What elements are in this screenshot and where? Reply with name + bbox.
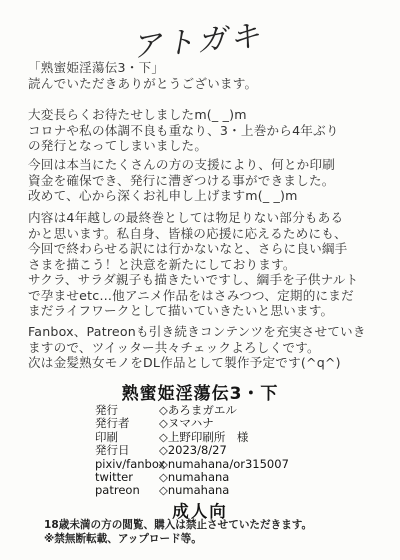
text-line: Fanbox、Patreonも引き続きコンテンツを充実させていき [28,324,396,340]
notice-line-no-repost: ※禁無断転載、アップロード等。 [44,533,396,547]
credit-label: 印刷 [95,431,159,444]
credit-label: patreon [95,484,159,497]
text-line: ますので、ツイッター共々チェックよろしくです。 [28,340,396,356]
credit-row-pixiv-fanbox: pixiv/fanbox ◇numahana/or315007 [95,458,289,471]
credit-row-printer: 印刷 ◇上野印刷所 様 [95,431,289,444]
text-line: 「熟蜜姫淫蕩伝3・下」 [28,60,396,76]
credit-label: 発行日 [95,444,159,457]
notice-line-age: 18歳未満の方の閲覧、購入は禁止させていただきます。 [44,519,396,533]
paragraph-thanks: 今回は本当にたくさんの方の支援により、何とか印刷 資金を確保でき、発行に漕ぎつけ… [28,157,396,204]
text-line: 次は金髪熟女モノをDL作品として製作予定です(^q^) [28,355,396,371]
text-line: まだライフワークとして描いていきたいと思います。 [28,303,396,319]
paragraph-future-plans: Fanbox、Patreonも引き続きコンテンツを充実させていき ますので、ツイ… [28,324,396,371]
text-line: 今回で終わらせる訳には行かないなと、さらに良い綱手 [28,241,396,257]
afterword-page: アトガキ 「熟蜜姫淫蕩伝3・下」 読んでいただきありがとうございます。 大変長ら… [0,0,400,560]
credit-row-author: 発行者 ◇ヌマハナ [95,417,289,430]
credit-value: ◇あろまガエル [159,404,237,417]
text-line: で孕ませetc…他アニメ作品をはさみつつ、定期的にまだ [28,288,396,304]
paragraph-apology: 大変長らくお待たせしましたm(_ _)m コロナや私の体調不良も重なり、3・上巻… [28,107,396,154]
credit-row-twitter: twitter ◇numahana [95,471,289,484]
book-title: 熟蜜姫淫蕩伝3・下 [0,379,400,404]
credit-label: pixiv/fanbox [95,458,159,471]
credit-value: ◇numahana [159,471,229,484]
text-line: 今回は本当にたくさんの方の支援により、何とか印刷 [28,157,396,173]
credit-label: twitter [95,471,159,484]
text-line: かと思います。私自身、皆様の応援に応えるためにも、 [28,226,396,242]
text-line: サクラ、サラダ親子も描きたいですし、綱手を子供ナルト [28,272,396,288]
text-line: 大変長らくお待たせしましたm(_ _)m [28,107,396,123]
text-line: の発行となってしまいました。 [28,138,396,154]
credit-row-publisher: 発行 ◇あろまガエル [95,404,289,417]
legal-notice: 18歳未満の方の閲覧、購入は禁止させていただきます。 ※禁無断転載、アップロード… [44,519,396,546]
credit-value: ◇numahana [159,484,229,497]
credit-label: 発行者 [95,417,159,430]
text-line: 資金を確保でき、発行に漕ぎつける事ができました。 [28,173,396,189]
paragraph-reflection: 内容は4年越しの最終巻としては物足りない部分もある かと思います。私自身、皆様の… [28,210,396,319]
credit-value: ◇ヌマハナ [159,417,214,430]
text-line: 読んでいただきありがとうございます。 [28,76,396,92]
credit-label: 発行 [95,404,159,417]
credit-value: ◇numahana/or315007 [159,458,289,471]
text-line: 内容は4年越しの最終巻としては物足りない部分もある [28,210,396,226]
text-line: コロナや私の体調不良も重なり、3・上巻から4年ぶり [28,123,396,139]
credit-row-patreon: patreon ◇numahana [95,484,289,497]
credit-value: ◇上野印刷所 様 [159,431,248,444]
credits-table: 発行 ◇あろまガエル 発行者 ◇ヌマハナ 印刷 ◇上野印刷所 様 発行日 ◇20… [95,404,289,498]
text-line: さまを描こう！と決意を新たにしております。 [28,257,396,273]
credit-row-date: 発行日 ◇2023/8/27 [95,444,289,457]
credit-value: ◇2023/8/27 [159,444,227,457]
text-line: 改めて、心から深くお礼申し上げますm(_ _)m [28,188,396,204]
paragraph-greeting: 「熟蜜姫淫蕩伝3・下」 読んでいただきありがとうございます。 [28,60,396,91]
